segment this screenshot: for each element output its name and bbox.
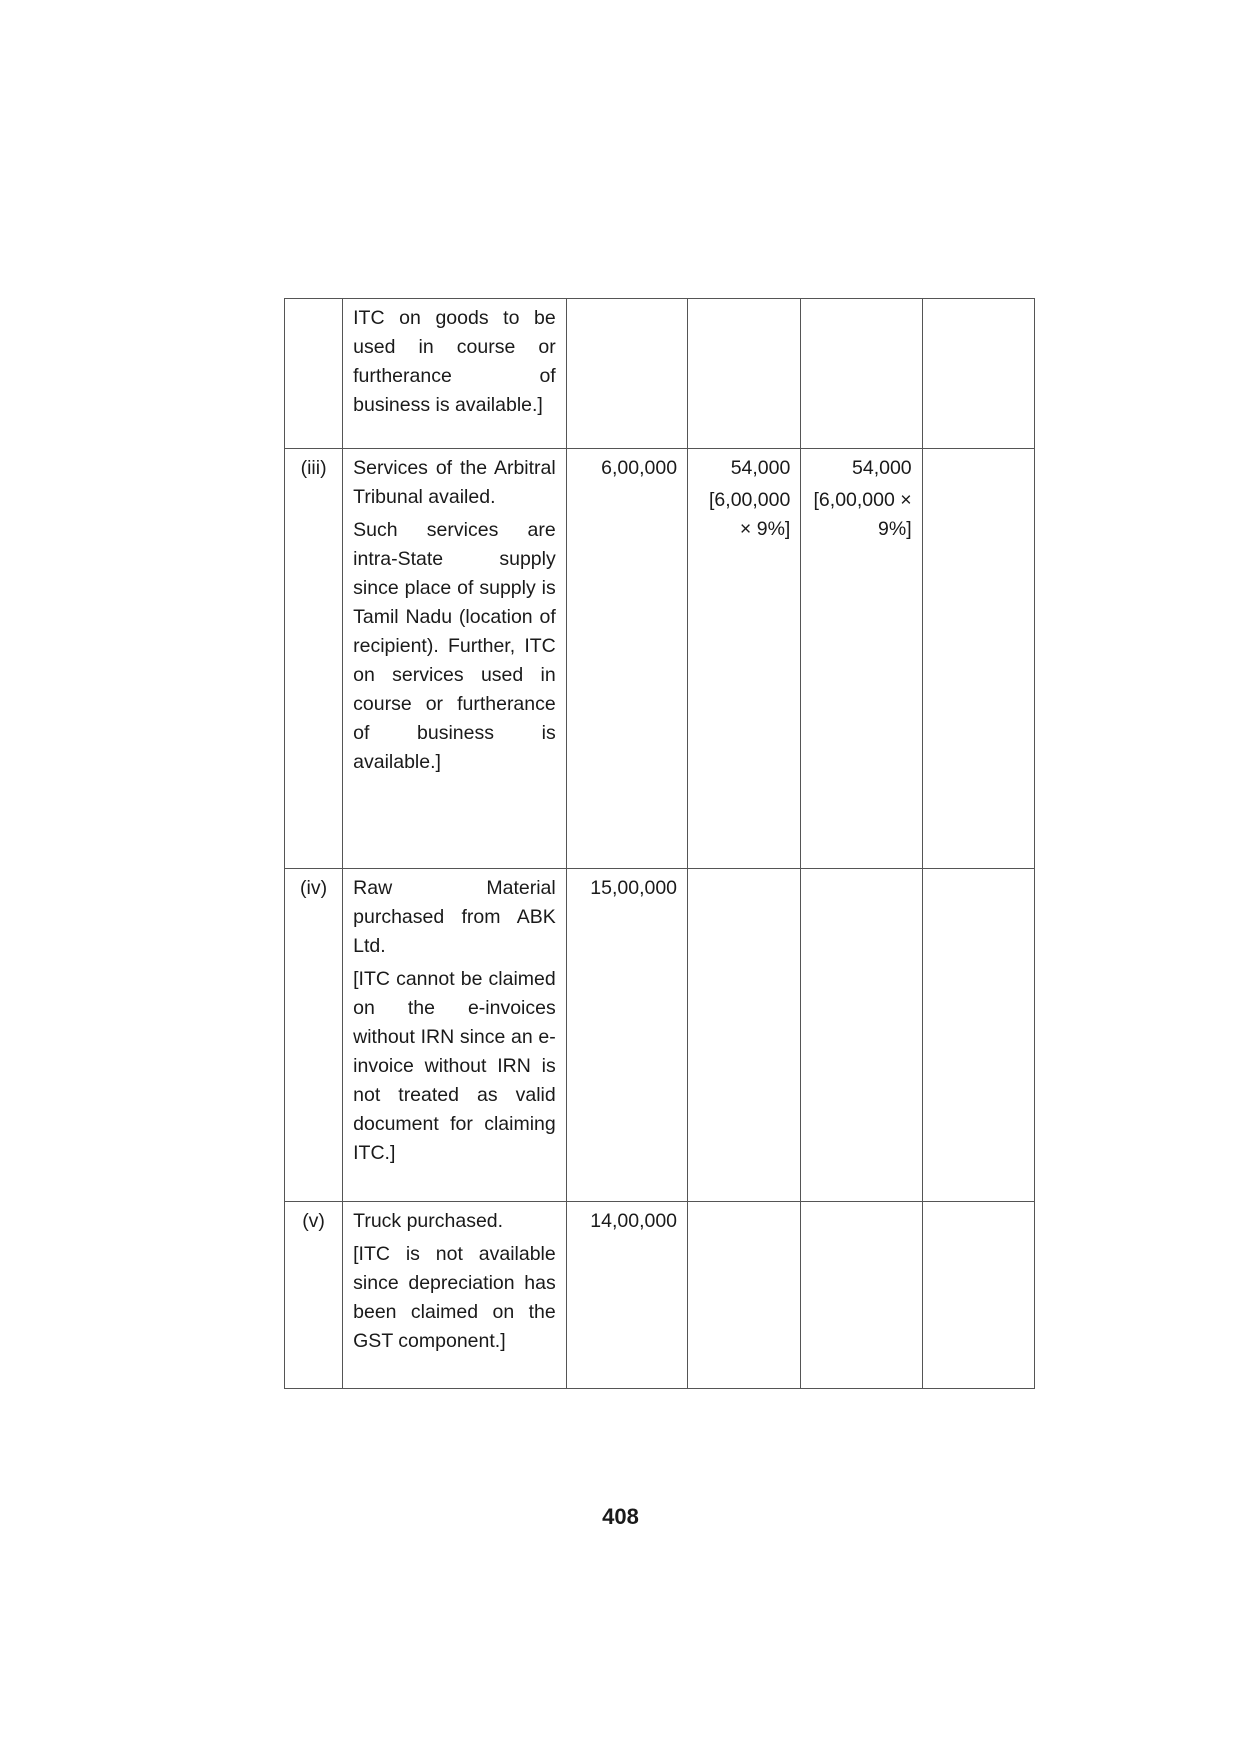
cgst-line: 54,000 bbox=[698, 454, 790, 483]
description-paragraph: Truck purchased. bbox=[353, 1207, 556, 1236]
cgst-cell: 54,000[6,00,000 × 9%] bbox=[688, 449, 801, 869]
table-row: ITC on goods to be used in course or fur… bbox=[285, 299, 1035, 449]
description-cell: Truck purchased.[ITC is not available si… bbox=[343, 1202, 567, 1389]
cgst-cell bbox=[688, 299, 801, 449]
value-cell: 14,00,000 bbox=[566, 1202, 687, 1389]
value-cell: 6,00,000 bbox=[566, 449, 687, 869]
igst-cell bbox=[922, 1202, 1034, 1389]
page-number: 408 bbox=[0, 1504, 1241, 1530]
description-cell: ITC on goods to be used in course or fur… bbox=[343, 299, 567, 449]
cgst-cell bbox=[688, 1202, 801, 1389]
table-row: (iv)Raw Material purchased from ABK Ltd.… bbox=[285, 869, 1035, 1202]
igst-cell bbox=[922, 449, 1034, 869]
description-paragraph: ITC on goods to be used in course or fur… bbox=[353, 304, 556, 420]
serial-number-cell: (v) bbox=[285, 1202, 343, 1389]
description-paragraph: Such services are intra-State supply sin… bbox=[353, 516, 556, 777]
serial-number-cell: (iv) bbox=[285, 869, 343, 1202]
igst-cell bbox=[922, 869, 1034, 1202]
sgst-line: 54,000 bbox=[811, 454, 911, 483]
description-paragraph: Raw Material purchased from ABK Ltd. bbox=[353, 874, 556, 961]
value-cell bbox=[566, 299, 687, 449]
sgst-cell bbox=[801, 1202, 922, 1389]
description-cell: Raw Material purchased from ABK Ltd.[ITC… bbox=[343, 869, 567, 1202]
serial-number-cell bbox=[285, 299, 343, 449]
cgst-line: [6,00,000 × 9%] bbox=[698, 486, 790, 544]
sgst-cell bbox=[801, 299, 922, 449]
table-row: (iii)Services of the Arbitral Tribunal a… bbox=[285, 449, 1035, 869]
sgst-cell bbox=[801, 869, 922, 1202]
value-cell: 15,00,000 bbox=[566, 869, 687, 1202]
description-cell: Services of the Arbitral Tribunal availe… bbox=[343, 449, 567, 869]
igst-cell bbox=[922, 299, 1034, 449]
description-paragraph: [ITC is not available since depreciation… bbox=[353, 1240, 556, 1356]
sgst-line: [6,00,000 × 9%] bbox=[811, 486, 911, 544]
description-paragraph: [ITC cannot be claimed on the e-invoices… bbox=[353, 965, 556, 1168]
description-paragraph: Services of the Arbitral Tribunal availe… bbox=[353, 454, 556, 512]
itc-table: ITC on goods to be used in course or fur… bbox=[284, 298, 1035, 1389]
table-row: (v)Truck purchased.[ITC is not available… bbox=[285, 1202, 1035, 1389]
sgst-cell: 54,000[6,00,000 × 9%] bbox=[801, 449, 922, 869]
cgst-cell bbox=[688, 869, 801, 1202]
serial-number-cell: (iii) bbox=[285, 449, 343, 869]
